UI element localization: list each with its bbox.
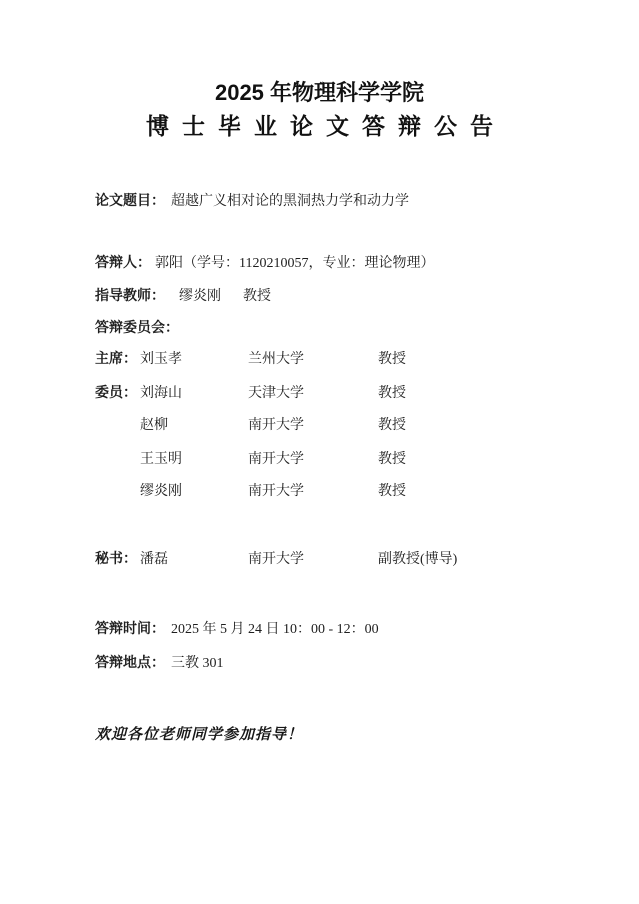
document-title-line2: 博士毕业论文答辩公告 bbox=[0, 112, 639, 140]
secretary-title: 副教授(博导) bbox=[378, 550, 457, 570]
member-name: 刘玉孝 bbox=[140, 350, 182, 370]
defense-time-row: 答辩时间：2025 年 5 月 24 日 10：00 - 12：00 bbox=[95, 620, 555, 640]
member-university: 天津大学 bbox=[248, 384, 304, 404]
advisor-title: 教授 bbox=[243, 289, 271, 304]
document-title-line1: 2025 年物理科学学院 bbox=[0, 80, 639, 106]
member-name: 王玉明 bbox=[140, 450, 182, 470]
member-title: 教授 bbox=[378, 482, 406, 502]
member-title: 教授 bbox=[378, 416, 406, 436]
member-title: 教授 bbox=[378, 350, 406, 370]
member-university: 兰州大学 bbox=[248, 350, 304, 370]
advisor-label: 指导教师： bbox=[95, 289, 165, 304]
member-university: 南开大学 bbox=[248, 416, 304, 436]
secretary-row: 秘书： 潘磊 南开大学 副教授(博导) bbox=[95, 550, 555, 570]
defense-time-label: 答辩时间： bbox=[95, 622, 165, 637]
committee-row: 缪炎刚 南开大学 教授 bbox=[95, 482, 555, 502]
secretary-university: 南开大学 bbox=[248, 550, 304, 570]
committee-row: 主席： 刘玉孝 兰州大学 教授 bbox=[95, 350, 555, 370]
candidate-label: 答辩人： bbox=[95, 256, 151, 271]
secretary-role: 秘书： bbox=[95, 550, 137, 570]
committee-row: 王玉明 南开大学 教授 bbox=[95, 450, 555, 470]
defense-place-row: 答辩地点：三教 301 bbox=[95, 654, 555, 674]
defense-time-value: 2025 年 5 月 24 日 10：00 - 12：00 bbox=[171, 622, 379, 637]
member-name: 赵柳 bbox=[140, 416, 168, 436]
candidate-value: 郭阳（学号：1120210057，专业：理论物理） bbox=[155, 256, 434, 271]
secretary-name: 潘磊 bbox=[140, 550, 168, 570]
member-role: 主席： bbox=[95, 350, 137, 370]
announcement-document: 2025 年物理科学学院 博士毕业论文答辩公告 论文题目：超越广义相对论的黑洞热… bbox=[0, 0, 639, 904]
committee-row: 委员： 刘海山 天津大学 教授 bbox=[95, 384, 555, 404]
welcome-note: 欢迎各位老师同学参加指导！ bbox=[95, 724, 303, 746]
advisor-row: 指导教师：缪炎刚教授 bbox=[95, 287, 555, 307]
committee-heading-label: 答辩委员会： bbox=[95, 321, 179, 336]
member-role: 委员： bbox=[95, 384, 137, 404]
member-university: 南开大学 bbox=[248, 482, 304, 502]
advisor-name: 缪炎刚 bbox=[179, 289, 221, 304]
committee-heading: 答辩委员会： bbox=[95, 319, 555, 339]
member-name: 缪炎刚 bbox=[140, 482, 182, 502]
thesis-title-row: 论文题目：超越广义相对论的黑洞热力学和动力学 bbox=[95, 192, 555, 212]
defense-place-label: 答辩地点： bbox=[95, 656, 165, 671]
thesis-title-label: 论文题目： bbox=[95, 194, 165, 209]
committee-row: 赵柳 南开大学 教授 bbox=[95, 416, 555, 436]
defense-place-value: 三教 301 bbox=[171, 656, 224, 671]
thesis-title-value: 超越广义相对论的黑洞热力学和动力学 bbox=[171, 194, 409, 209]
member-name: 刘海山 bbox=[140, 384, 182, 404]
candidate-row: 答辩人：郭阳（学号：1120210057，专业：理论物理） bbox=[95, 254, 555, 274]
member-title: 教授 bbox=[378, 450, 406, 470]
member-title: 教授 bbox=[378, 384, 406, 404]
member-university: 南开大学 bbox=[248, 450, 304, 470]
